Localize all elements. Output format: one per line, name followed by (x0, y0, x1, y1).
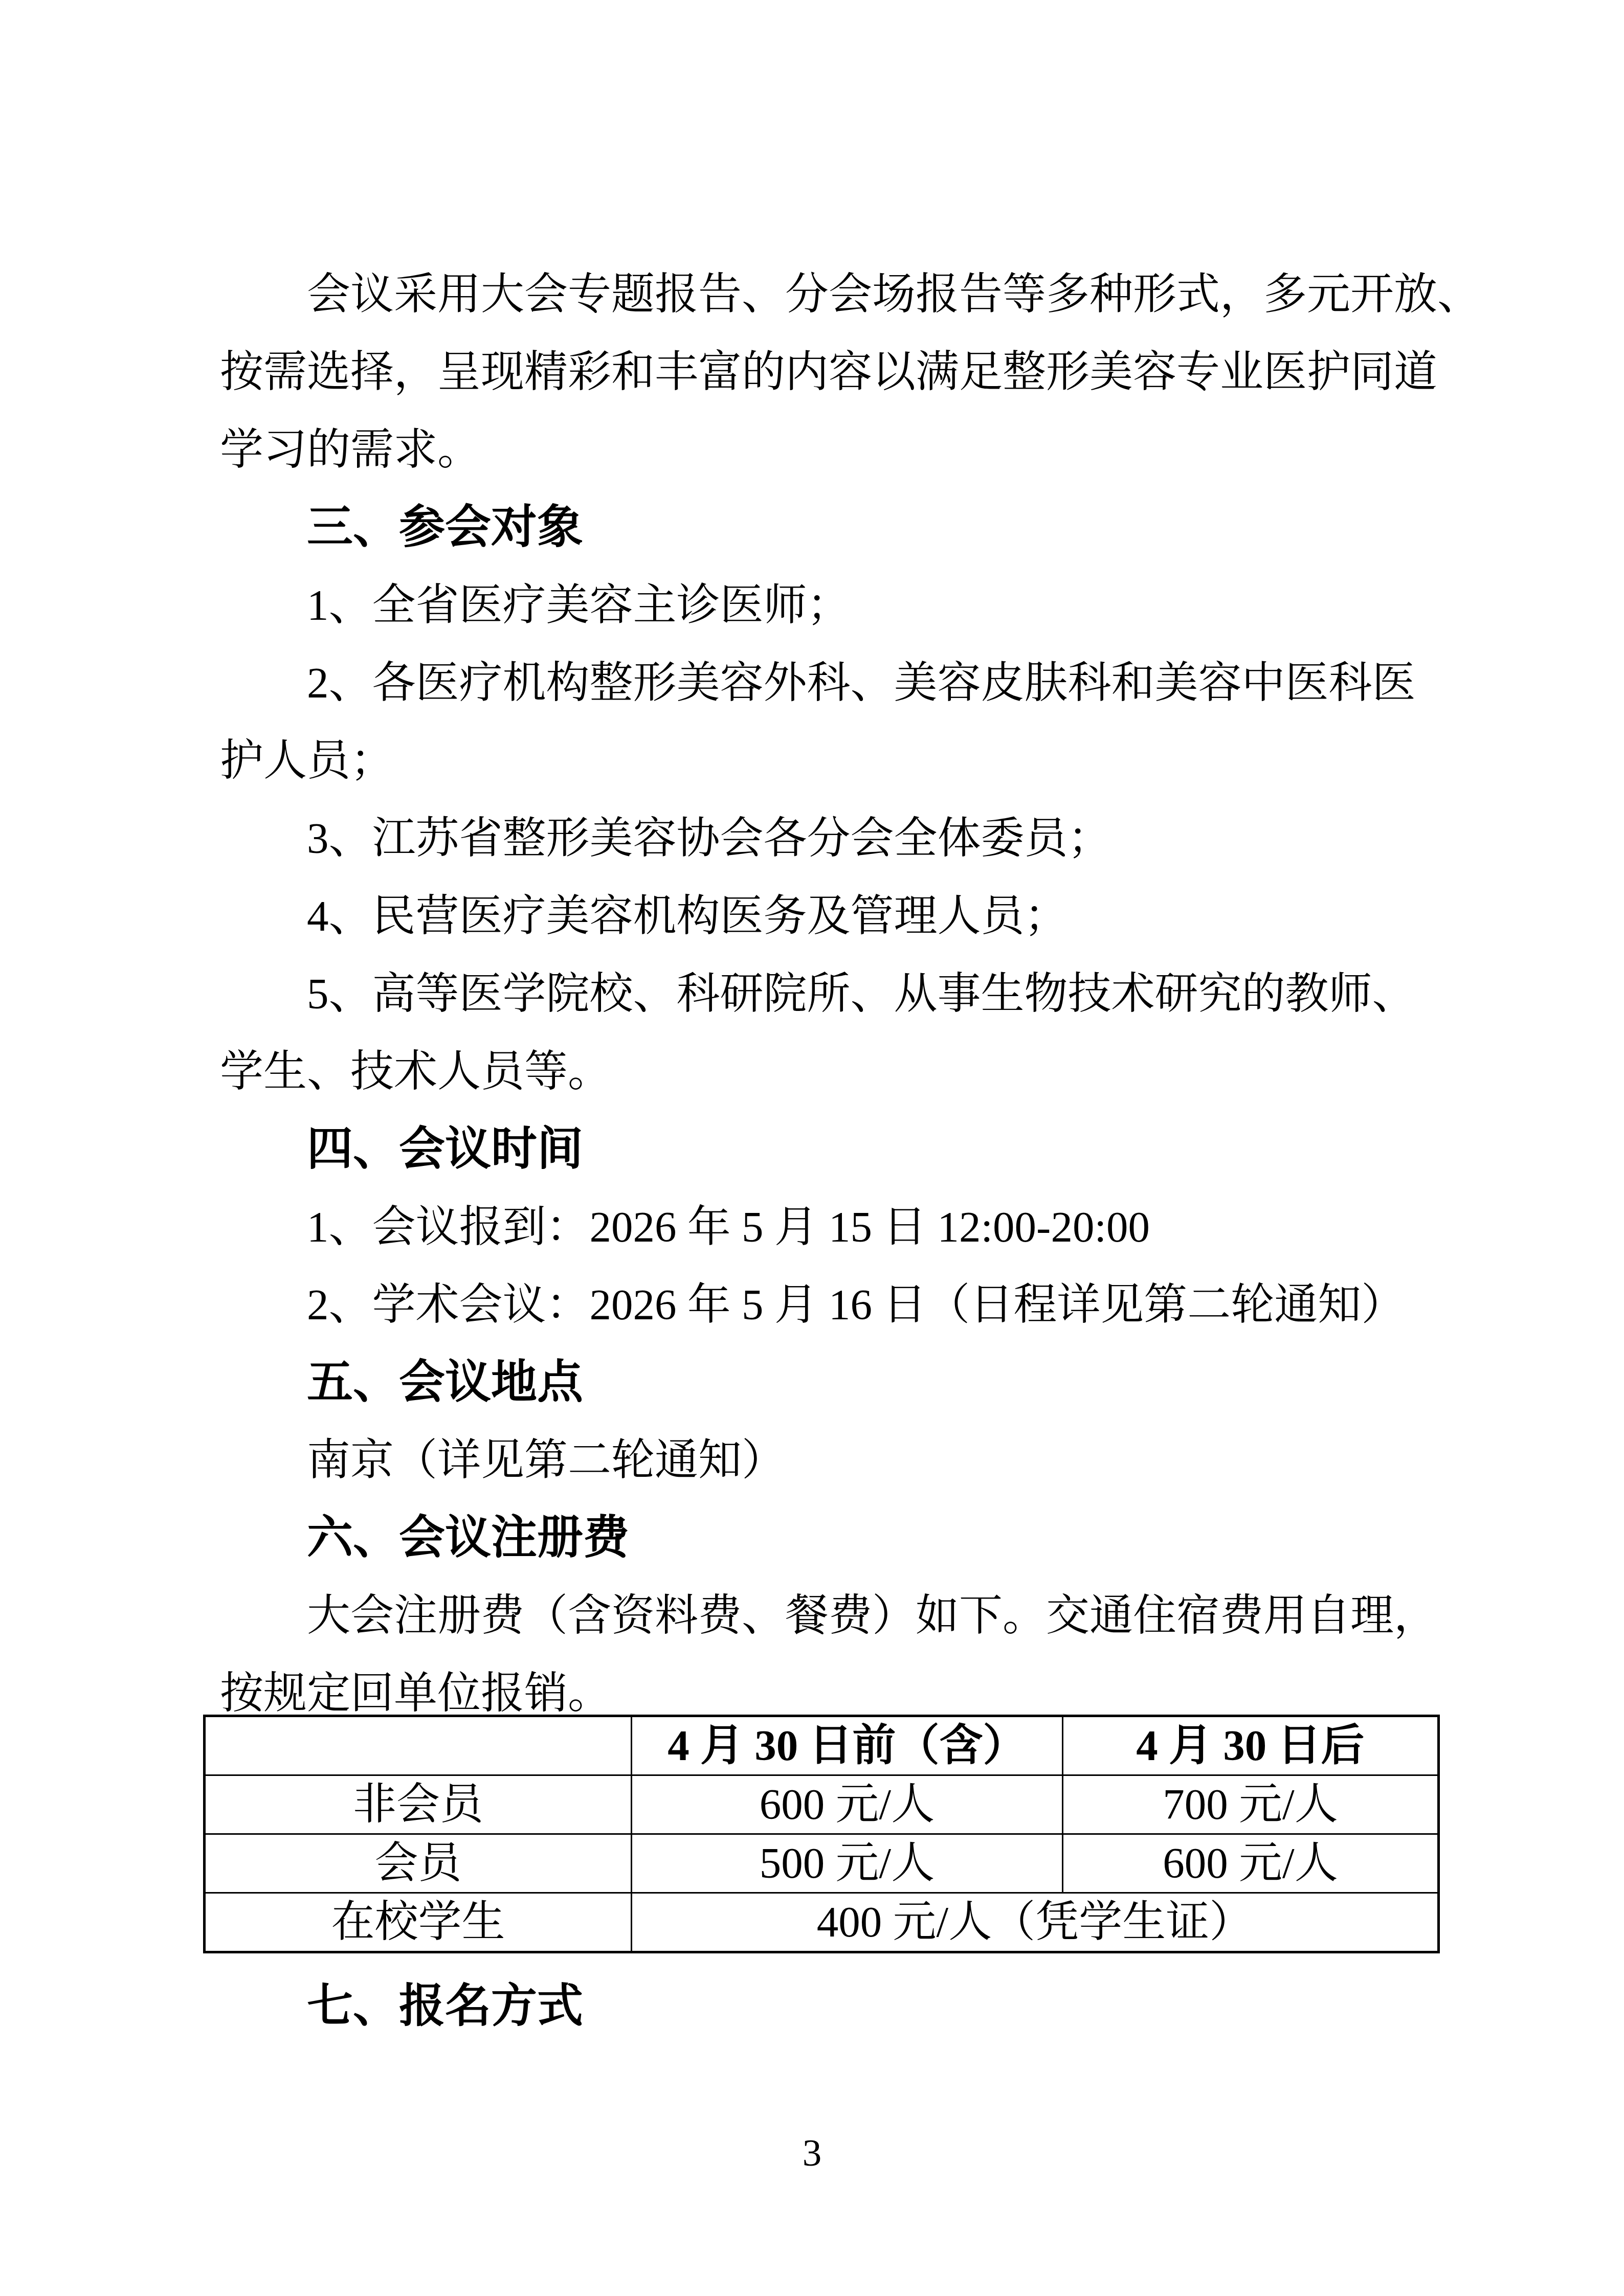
participants-item-5-line-2: 学生、技术人员等。 (220, 1033, 1430, 1111)
fee-table-header-after: 4 月 30 日后 (1063, 1716, 1439, 1775)
section-heading-participants: 三、参会对象 (220, 489, 1430, 567)
intro-line-2: 按需选择，呈现精彩和丰富的内容以满足整形美容专业医护同道 (220, 333, 1430, 411)
fee-row-label: 会员 (205, 1834, 632, 1893)
participants-item-2-line-2: 护人员； (220, 722, 1430, 800)
venue-line: 南京（详见第二轮通知） (220, 1422, 1430, 1499)
fee-cell-student-merged: 400 元/人（凭学生证） (632, 1893, 1439, 1952)
participants-item-5-line-1: 5、高等医学院校、科研院所、从事生物技术研究的教师、 (220, 955, 1430, 1033)
fee-table-row-nonmember: 非会员 600 元/人 700 元/人 (205, 1775, 1439, 1834)
meeting-time-item-2: 2、学术会议：2026 年 5 月 16 日（日程详见第二轮通知） (220, 1266, 1430, 1344)
participants-item-1: 1、全省医疗美容主诊医师； (220, 567, 1430, 644)
document-page: 会议采用大会专题报告、分会场报告等多种形式，多元开放、 按需选择，呈现精彩和丰富… (0, 0, 1624, 2296)
intro-line-3: 学习的需求。 (220, 411, 1430, 489)
fee-table-row-member: 会员 500 元/人 600 元/人 (205, 1834, 1439, 1893)
fee-table-header-before: 4 月 30 日前（含） (632, 1716, 1063, 1775)
section-heading-fee: 六、会议注册费 (220, 1499, 1430, 1577)
fee-table-row-student: 在校学生 400 元/人（凭学生证） (205, 1893, 1439, 1952)
participants-item-2-line-1: 2、各医疗机构整形美容外科、美容皮肤科和美容中医科医 (220, 644, 1430, 722)
fee-cell-before: 500 元/人 (632, 1834, 1063, 1893)
fee-table: 4 月 30 日前（含） 4 月 30 日后 非会员 600 元/人 700 元… (203, 1715, 1440, 1953)
fee-line-1: 大会注册费（含资料费、餐费）如下。交通住宿费用自理， (220, 1577, 1430, 1655)
fee-cell-before: 600 元/人 (632, 1775, 1063, 1834)
section-heading-registration: 七、报名方式 (220, 1968, 1430, 2045)
fee-cell-after: 700 元/人 (1063, 1775, 1439, 1834)
page-number: 3 (0, 2131, 1624, 2175)
fee-cell-after: 600 元/人 (1063, 1834, 1439, 1893)
meeting-time-item-1: 1、会议报到：2026 年 5 月 15 日 12:00-20:00 (220, 1188, 1430, 1266)
fee-row-label: 在校学生 (205, 1893, 632, 1952)
section-heading-meeting-time: 四、会议时间 (220, 1111, 1430, 1188)
participants-item-4: 4、民营医疗美容机构医务及管理人员； (220, 877, 1430, 955)
fee-row-label: 非会员 (205, 1775, 632, 1834)
document-content: 会议采用大会专题报告、分会场报告等多种形式，多元开放、 按需选择，呈现精彩和丰富… (220, 256, 1430, 2045)
section-heading-venue: 五、会议地点 (220, 1344, 1430, 1422)
intro-line-1: 会议采用大会专题报告、分会场报告等多种形式，多元开放、 (220, 256, 1430, 333)
participants-item-3: 3、江苏省整形美容协会各分会全体委员； (220, 800, 1430, 877)
